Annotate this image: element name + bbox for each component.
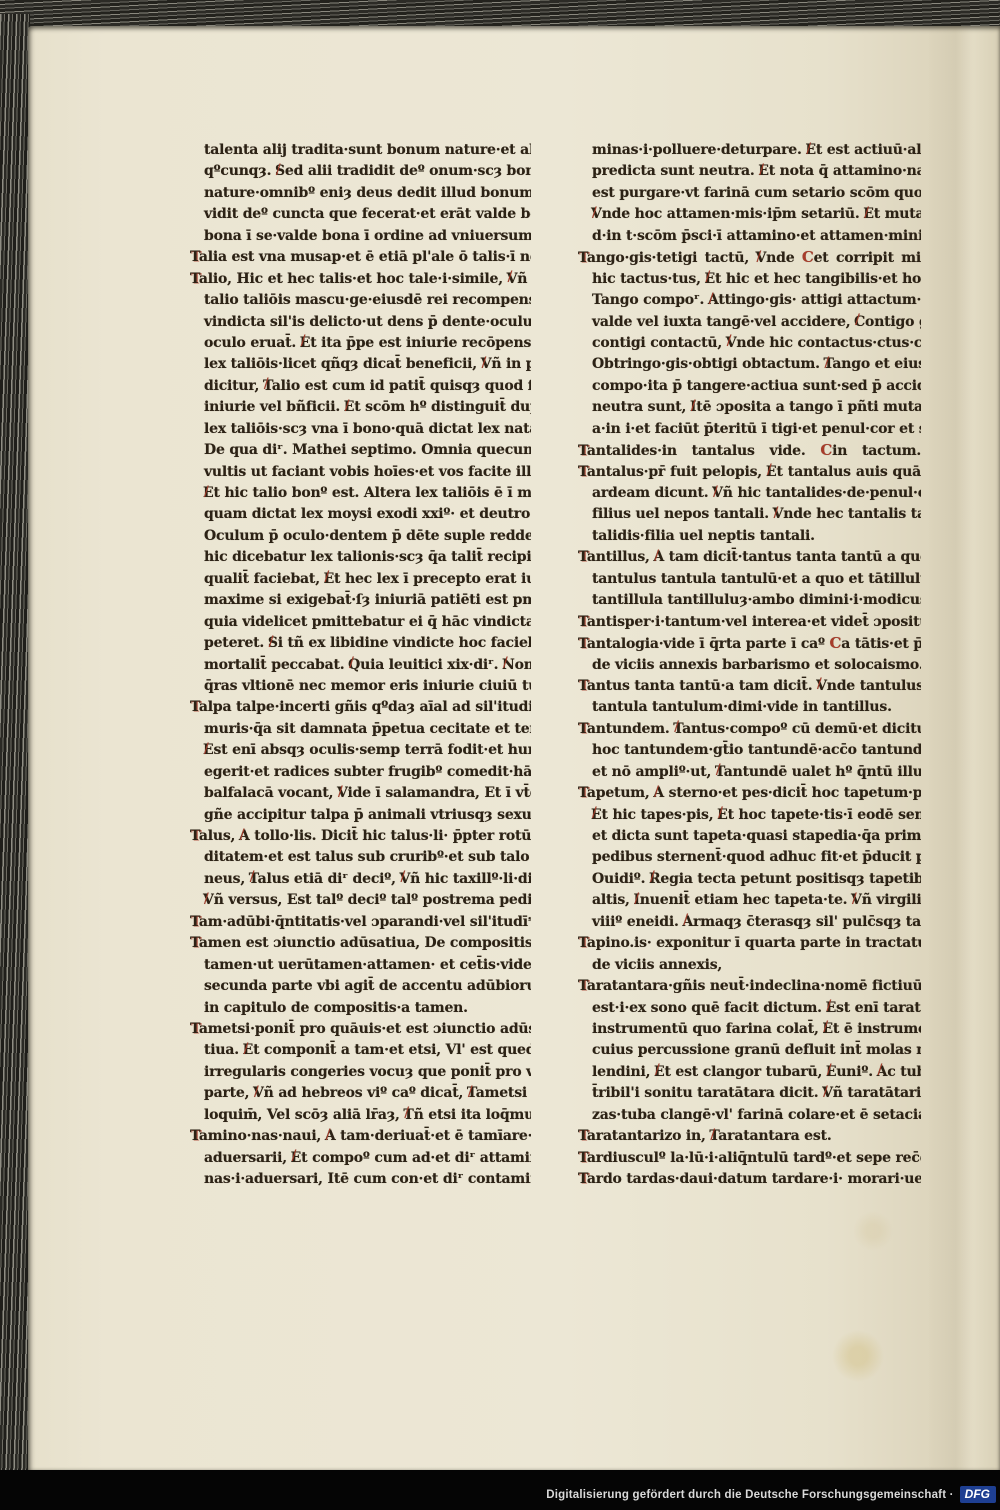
- text-line: ditatem·et est talus sub cruribº·et sub …: [190, 847, 531, 868]
- text-line: lex taliōis·licet qñqȝ dicat̄ beneficii,…: [190, 354, 531, 375]
- text-line: d·in t·scōm p̄sci·ī attamino·et attamen·…: [578, 226, 921, 247]
- text-line: Tantalogia·vide ī q̄rta parte ī caº Ca t…: [578, 633, 921, 654]
- text-line: Ouidiº. /Regia tecta petunt positisqȝ ta…: [578, 869, 921, 890]
- rubric-mark: /: [767, 462, 772, 478]
- text-line: nas·i·aduersari, Itē cum con·et diʳ cont…: [190, 1169, 531, 1190]
- text-line: Taratantarizo in, /Taratantara est.: [578, 1126, 921, 1147]
- rubric-mark: /: [254, 1084, 259, 1100]
- rubric-mark: /: [482, 355, 487, 371]
- text-line: Tango·gis·tetigi tactū, /Vnde Cet corrip…: [578, 247, 921, 268]
- rubric-mark: /: [774, 505, 779, 521]
- text-line: peteret. /Si tñ ex libidine vindicte hoc…: [190, 633, 531, 654]
- text-line: altis, /Inuenit̄ etiam hec tapeta·te. /V…: [578, 890, 921, 911]
- text-line: talio taliōis mascu·ge·eiusdē rei recomp…: [190, 290, 531, 311]
- rubric-mark: C: [802, 248, 814, 266]
- text-line: gñe accipitur talpa p̄ animali vtriusqȝ …: [190, 805, 531, 826]
- rubric-mark: /: [855, 312, 860, 328]
- rubric-mark: /: [709, 291, 714, 307]
- rubric-mark: /: [650, 869, 655, 885]
- text-line: tiua. /Et componit̄ a tam·et etsi, Vl' e…: [190, 1040, 531, 1061]
- text-line: Tamen est ɔiunctio adūsatiua, De composi…: [190, 933, 531, 954]
- text-line: qualit̄ faciebat, /Et hec lex ī precepto…: [190, 569, 531, 590]
- text-line: egerit·et radices subter frugibº comedit…: [190, 762, 531, 783]
- text-line: a·in i·et faciūt p̄teritū ī tigi·et penu…: [578, 419, 921, 440]
- text-line: Talus, /A tollo·lis. Dicit̄ hic talus·li…: [190, 826, 531, 847]
- text-line: in capitulo de compositis·a tamen.: [190, 998, 531, 1019]
- text-line: Tardiusculº la·lū·i·aliq̄ntulū tardº·et …: [578, 1148, 921, 1169]
- text-line: muris·q̄a sit damnata p̄petua cecitate e…: [190, 719, 531, 740]
- text-line: iniurie vel bñficii. /Et scōm hº disting…: [190, 397, 531, 418]
- page-edges-top: [0, 0, 1000, 27]
- rubric-mark: /: [349, 655, 354, 671]
- text-line: est purgare·vt farinā cum setario scōm q…: [578, 183, 921, 204]
- rubric-mark: /: [823, 1084, 828, 1100]
- text-line: Tapino.is· exponitur ī quarta parte in t…: [578, 933, 921, 954]
- text-line: instrumentū quo farina colat̄, /Et ē ins…: [578, 1019, 921, 1040]
- text-line: Tapetum, /A sterno·et pes·dicit̄ hoc tap…: [578, 783, 921, 804]
- text-line: valde vel iuxta tangē·vel accidere, /Con…: [578, 312, 921, 333]
- rubric-mark: /: [269, 634, 274, 650]
- text-line: de viciis annexis barbarismo et solocais…: [578, 655, 921, 676]
- text-line: q̄ras vltionē nec memor eris iniurie ciu…: [190, 676, 531, 697]
- rubric-mark: /: [326, 1127, 331, 1143]
- text-line: ardeam dicunt. /Vñ hic tantalides·de·pen…: [578, 483, 921, 504]
- rubric-mark: /: [852, 891, 857, 907]
- parchment-page: talenta alij tradita·sunt bonum nature·e…: [28, 26, 1000, 1472]
- rubric-mark: /: [264, 376, 269, 392]
- text-line: pedibus sternent̄·quod adhuc fit·et p̄du…: [578, 847, 921, 868]
- text-line: lex taliōis·scȝ vna ī bono·quā dictat le…: [190, 419, 531, 440]
- rubric-mark: /: [654, 784, 659, 800]
- rubric-mark: /: [727, 333, 732, 349]
- digitization-credit: Digitalisierung gefördert durch die Deut…: [546, 1489, 953, 1501]
- text-line: Tardo tardas·daui·datum tardare·i· morar…: [578, 1169, 921, 1190]
- text-line: hic tactus·tus, /Et hic et hec tangibili…: [578, 269, 921, 290]
- rubric-mark: /: [683, 912, 688, 928]
- footer-credit-row: Digitalisierung gefördert durch die Deut…: [546, 1486, 996, 1503]
- text-line: tantula tantulum·dimi·vide in tantillus.: [578, 697, 921, 718]
- text-line: Tametsi·ponit̄ pro quāuis·et est ɔiuncti…: [190, 1019, 531, 1040]
- rubric-mark: /: [204, 741, 209, 757]
- text-line: filius uel nepos tantali. /Vnde hec tant…: [578, 504, 921, 525]
- text-line: zas·tuba clangē·vl' farinā colare·et ē s…: [578, 1105, 921, 1126]
- rubric-mark: /: [592, 205, 597, 221]
- text-line: dicitur, /Talio est cum id patit̄ quisqȝ…: [190, 376, 531, 397]
- text-line: Taratantara·gñis neut̄·indeclina·nomē fi…: [578, 976, 921, 997]
- rubric-mark: /: [204, 484, 209, 500]
- text-line: /Et hic talio bonº est. Altera lex taliō…: [190, 483, 531, 504]
- rubric-mark: /: [240, 827, 245, 843]
- text-line: predicta sunt neutra. /Et nota q̄ attami…: [578, 161, 921, 182]
- rubric-mark: /: [817, 676, 822, 692]
- footer-bar: Digitalisierung gefördert durch die Deut…: [0, 1470, 1000, 1510]
- text-line: /Vñ versus, Est talº deciº talº postrema…: [190, 890, 531, 911]
- text-line: hoc tantundem·gt̄io tantundē·acc̄o tantu…: [578, 740, 921, 761]
- text-line: compo·ita p̄ tangere·actiua sunt·sed p̄ …: [578, 376, 921, 397]
- text-line: aduersarii, /Et compoº cum ad·et diʳ att…: [190, 1148, 531, 1169]
- rubric-mark: /: [878, 1062, 883, 1078]
- text-line: contigi contactū, /Vnde hic contactus·ct…: [578, 333, 921, 354]
- text-line: talidis·filia uel neptis tantali.: [578, 526, 921, 547]
- rubric-mark: /: [759, 162, 764, 178]
- rubric-mark: /: [345, 398, 350, 414]
- text-column-right: minas·i·polluere·deturpare. /Et est acti…: [578, 140, 921, 1190]
- rubric-mark: /: [404, 1105, 409, 1121]
- text-line: et dicta sunt tapeta·quasi stapedia·q̄a …: [578, 826, 921, 847]
- rubric-mark: /: [468, 1084, 473, 1100]
- text-line: neus, /Talus etiā diʳ deciº, /Vñ hic tax…: [190, 869, 531, 890]
- text-line: bona ī se·valde bona ī ordine ad vniuers…: [190, 226, 531, 247]
- text-line: Tamino·nas·naui, /A tam·deriuat̄·et ē ta…: [190, 1126, 531, 1147]
- text-line: neutra sunt, /Itē ɔposita a tango ī pñti…: [578, 397, 921, 418]
- text-line: oculo eruat̄. /Et ita p̄pe est iniurie r…: [190, 333, 531, 354]
- text-line: quia videlicet pmittebatur ei q̄ hāc vin…: [190, 612, 531, 633]
- text-line: hic dicebatur lex talionis·scȝ q̄a talit…: [190, 547, 531, 568]
- rubric-mark: /: [292, 1148, 297, 1164]
- rubric-mark: /: [634, 891, 639, 907]
- text-line: tantulus tantula tantulū·et a quo et tāt…: [578, 569, 921, 590]
- text-line: tamen·ut uerūtamen·attamen· et cet̄is·vi…: [190, 955, 531, 976]
- rubric-mark: /: [824, 355, 829, 371]
- text-line: loquim̄, Vel scōȝ aliā lr̄aȝ, /Tñ etsi i…: [190, 1105, 531, 1126]
- text-line: cuius percussione granū defluit int̄ mol…: [578, 1040, 921, 1061]
- text-line: nature·omnibº eniȝ deus dedit illud bonu…: [190, 183, 531, 204]
- text-line: minas·i·polluere·deturpare. /Et est acti…: [578, 140, 921, 161]
- rubric-mark: /: [827, 998, 832, 1014]
- rubric-mark: /: [691, 398, 696, 414]
- text-line: talenta alij tradita·sunt bonum nature·e…: [190, 140, 531, 161]
- text-line: Talio, Hic et hec talis·et hoc tale·i·si…: [190, 269, 531, 290]
- rubric-mark: /: [503, 655, 508, 671]
- text-line: balfalacā vocant, /Vide ī salamandra, Et…: [190, 783, 531, 804]
- text-line: /Vnde hoc attamen·mis·ip̄m setariū. /Et …: [578, 204, 921, 225]
- text-line: tantillula tantilluluȝ·ambo dimini·i·mod…: [578, 590, 921, 611]
- text-line: quam dictat lex moysi exodi xxiº· et deu…: [190, 504, 531, 525]
- rubric-mark: /: [204, 891, 209, 907]
- text-line: Tantalides·in tantalus vide. Cin tactum.: [578, 440, 921, 461]
- rubric-mark: /: [654, 548, 659, 564]
- rubric-mark: /: [400, 869, 405, 885]
- rubric-mark: /: [827, 1062, 832, 1078]
- text-line: qºcunqȝ. /Sed alii tradidit deº onum·scȝ…: [190, 161, 531, 182]
- text-line: t̄ribil'i sonitu taratātara dicit. /Vñ t…: [578, 1083, 921, 1104]
- rubric-mark: /: [301, 333, 306, 349]
- text-line: et nō ampliº·ut, /Tantundē ualet hº q̄nt…: [578, 762, 921, 783]
- text-line: Tam·adūbi·q̄ntitatis·vel ɔparandi·vel si…: [190, 912, 531, 933]
- text-line: Oculum p̄ oculo·dentem p̄ dēte suple red…: [190, 526, 531, 547]
- rubric-mark: /: [655, 1062, 660, 1078]
- page-stack-left: [0, 14, 30, 1476]
- gutter-shade: [928, 26, 974, 1472]
- rubric-mark: /: [325, 569, 330, 585]
- text-line: Obtringo·gis·obtigi obtactum. /Tango et …: [578, 354, 921, 375]
- text-line: irregularis congeries vocuȝ que ponit̄ p…: [190, 1062, 531, 1083]
- rubric-mark: /: [713, 484, 718, 500]
- text-line: Tantalus·pr̄ fuit pelopis, /Et tantalus …: [578, 462, 921, 483]
- text-line: De qua diʳ. Mathei septimo. Omnia quecun…: [190, 440, 531, 461]
- rubric-mark: /: [674, 719, 679, 735]
- rubric-mark: C: [820, 441, 832, 459]
- text-line: Tango compoʳ. /Attingo·gis· attigi attac…: [578, 290, 921, 311]
- text-line: vindicta sil'is delicto·ut dens p̄ dente…: [190, 312, 531, 333]
- rubric-mark: /: [276, 162, 281, 178]
- text-column-left: talenta alij tradita·sunt bonum nature·e…: [190, 140, 531, 1190]
- rubric-mark: /: [592, 805, 597, 821]
- text-line: Talia est vna musap·et ē etiā pl'ale ō t…: [190, 247, 531, 268]
- rubric-mark: /: [806, 141, 811, 157]
- text-line: Talpa talpe·incerti gñis qºdaȝ aīal ad s…: [190, 697, 531, 718]
- text-line: Tantillus, /A tam dicit̄·tantus tanta ta…: [578, 547, 921, 568]
- text-line: Tantisper·i·tantum·vel interea·et videt̄…: [578, 612, 921, 633]
- text-line: lendini, /Et est clangor tubarū, /Euniº.…: [578, 1062, 921, 1083]
- text-line: maxime si exigebat̄·ſȝ iniuriā patiēti e…: [190, 590, 531, 611]
- text-line: de viciis annexis,: [578, 955, 921, 976]
- dfg-logo: DFG: [960, 1486, 996, 1503]
- rubric-mark: /: [338, 784, 343, 800]
- text-line: /Et hic tapes·pis, /Et hoc tapete·tis·ī …: [578, 805, 921, 826]
- rubric-mark: /: [718, 805, 723, 821]
- rubric-mark: /: [250, 869, 255, 885]
- text-line: vultis ut faciant vobis hoīes·et vos fac…: [190, 462, 531, 483]
- text-line: Tantundem. /Tantus·compoº cū demū·et dic…: [578, 719, 921, 740]
- text-line: parte, /Vñ ad hebreos viº caº dicat̄, /T…: [190, 1083, 531, 1104]
- rubric-mark: /: [244, 1041, 249, 1057]
- rubric-mark: /: [823, 1019, 828, 1035]
- rubric-mark: /: [508, 269, 513, 285]
- text-line: mortalit̄ peccabat. /Quia leuitici xix·d…: [190, 655, 531, 676]
- text-line: secunda parte vbi agit̄ de accentu adūbi…: [190, 976, 531, 997]
- rubric-mark: /: [864, 205, 869, 221]
- rubric-mark: /: [705, 269, 710, 285]
- rubric-mark: /: [710, 1127, 715, 1143]
- rubric-mark: C: [830, 634, 842, 652]
- text-line: est·i·ex sono quē facit dictum. /Est enī…: [578, 998, 921, 1019]
- text-line: viiiº eneidi. /Armaqȝ c̄terasqȝ sil' pul…: [578, 912, 921, 933]
- rubric-mark: /: [756, 249, 761, 265]
- rubric-mark: /: [716, 762, 721, 778]
- text-line: /Est enī absqȝ oculis·semp terrā fodit·e…: [190, 740, 531, 761]
- text-line: Tantus tanta tantū·a tam dicit̄. /Vnde t…: [578, 676, 921, 697]
- text-line: vidit deº cuncta que fecerat·et erāt val…: [190, 204, 531, 225]
